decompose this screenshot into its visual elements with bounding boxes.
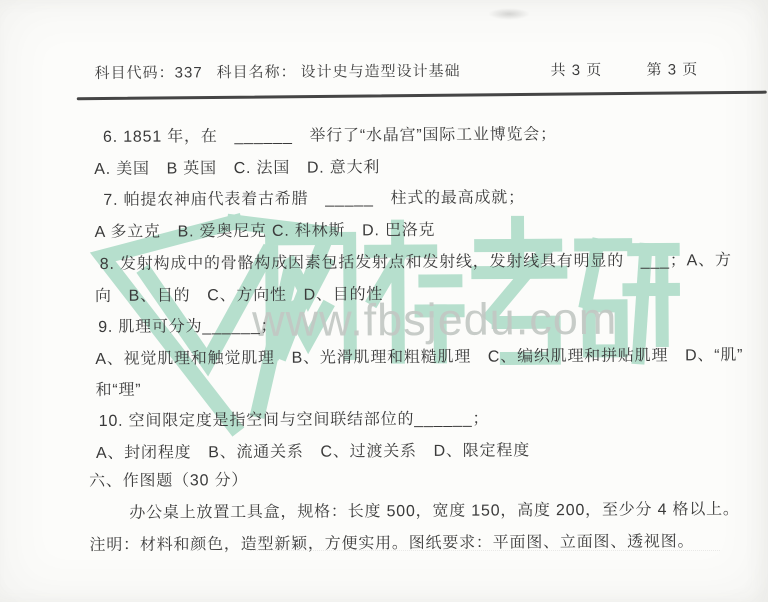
- question-7-options: A 多立克 B. 爱奥尼克 C. 科林斯 D. 巴洛克: [95, 217, 436, 242]
- scan-smudge: [488, 8, 530, 20]
- section-title: 六、作图题（30 分）: [89, 467, 248, 491]
- subject-name: 设计史与造型设计基础: [301, 60, 461, 82]
- question-9-options-2: 和“理”: [95, 377, 141, 400]
- page-content: www.fbsjedu.com 科目代码：337 科目名称： 设计史与造型设计基…: [0, 0, 768, 602]
- question-9-stem: 9. 肌理可分为______；: [98, 313, 277, 337]
- question-7-stem: 7. 帕提农神庙代表着古希腊 _____ 柱式的最高成就；: [103, 184, 525, 210]
- question-6-stem: 6. 1851 年，在 ______ 举行了“水晶宫”国际工业博览会；: [103, 121, 557, 147]
- question-6-options: A. 美国 B 英国 C. 法国 D. 意大利: [94, 154, 380, 179]
- subject-code: 科目代码：337: [95, 61, 203, 83]
- question-8-stem: 8. 发射构成中的骨骼构成因素包括发射点和发射线，发射线具有明显的 ___；A、…: [100, 247, 732, 274]
- question-10-stem: 10. 空间限定度是指空间与空间联结部位的______；: [99, 406, 490, 431]
- page-number: 第 3 页: [647, 58, 699, 79]
- total-pages: 共 3 页: [551, 59, 603, 80]
- exam-page: www.fbsjedu.com 科目代码：337 科目名称： 设计史与造型设计基…: [0, 0, 768, 602]
- subject-name-label: 科目名称：: [217, 61, 297, 82]
- question-10-options: A、封闭程度 B、流通关系 C、过渡关系 D、限定程度: [96, 437, 530, 463]
- question-8-options: 向 B、目的 C、方向性 D、目的性: [95, 281, 383, 306]
- scan-noise: [250, 550, 720, 552]
- header-divider: [77, 91, 767, 100]
- section-paragraph-1: 办公桌上放置工具盒，规格：长度 500，宽度 150，高度 200，至少分 4 …: [129, 496, 740, 523]
- question-9-options: A、视觉肌理和触觉肌理 B、光滑肌理和粗糙肌理 C、编织肌理和拼贴肌理 D、“肌…: [95, 342, 743, 369]
